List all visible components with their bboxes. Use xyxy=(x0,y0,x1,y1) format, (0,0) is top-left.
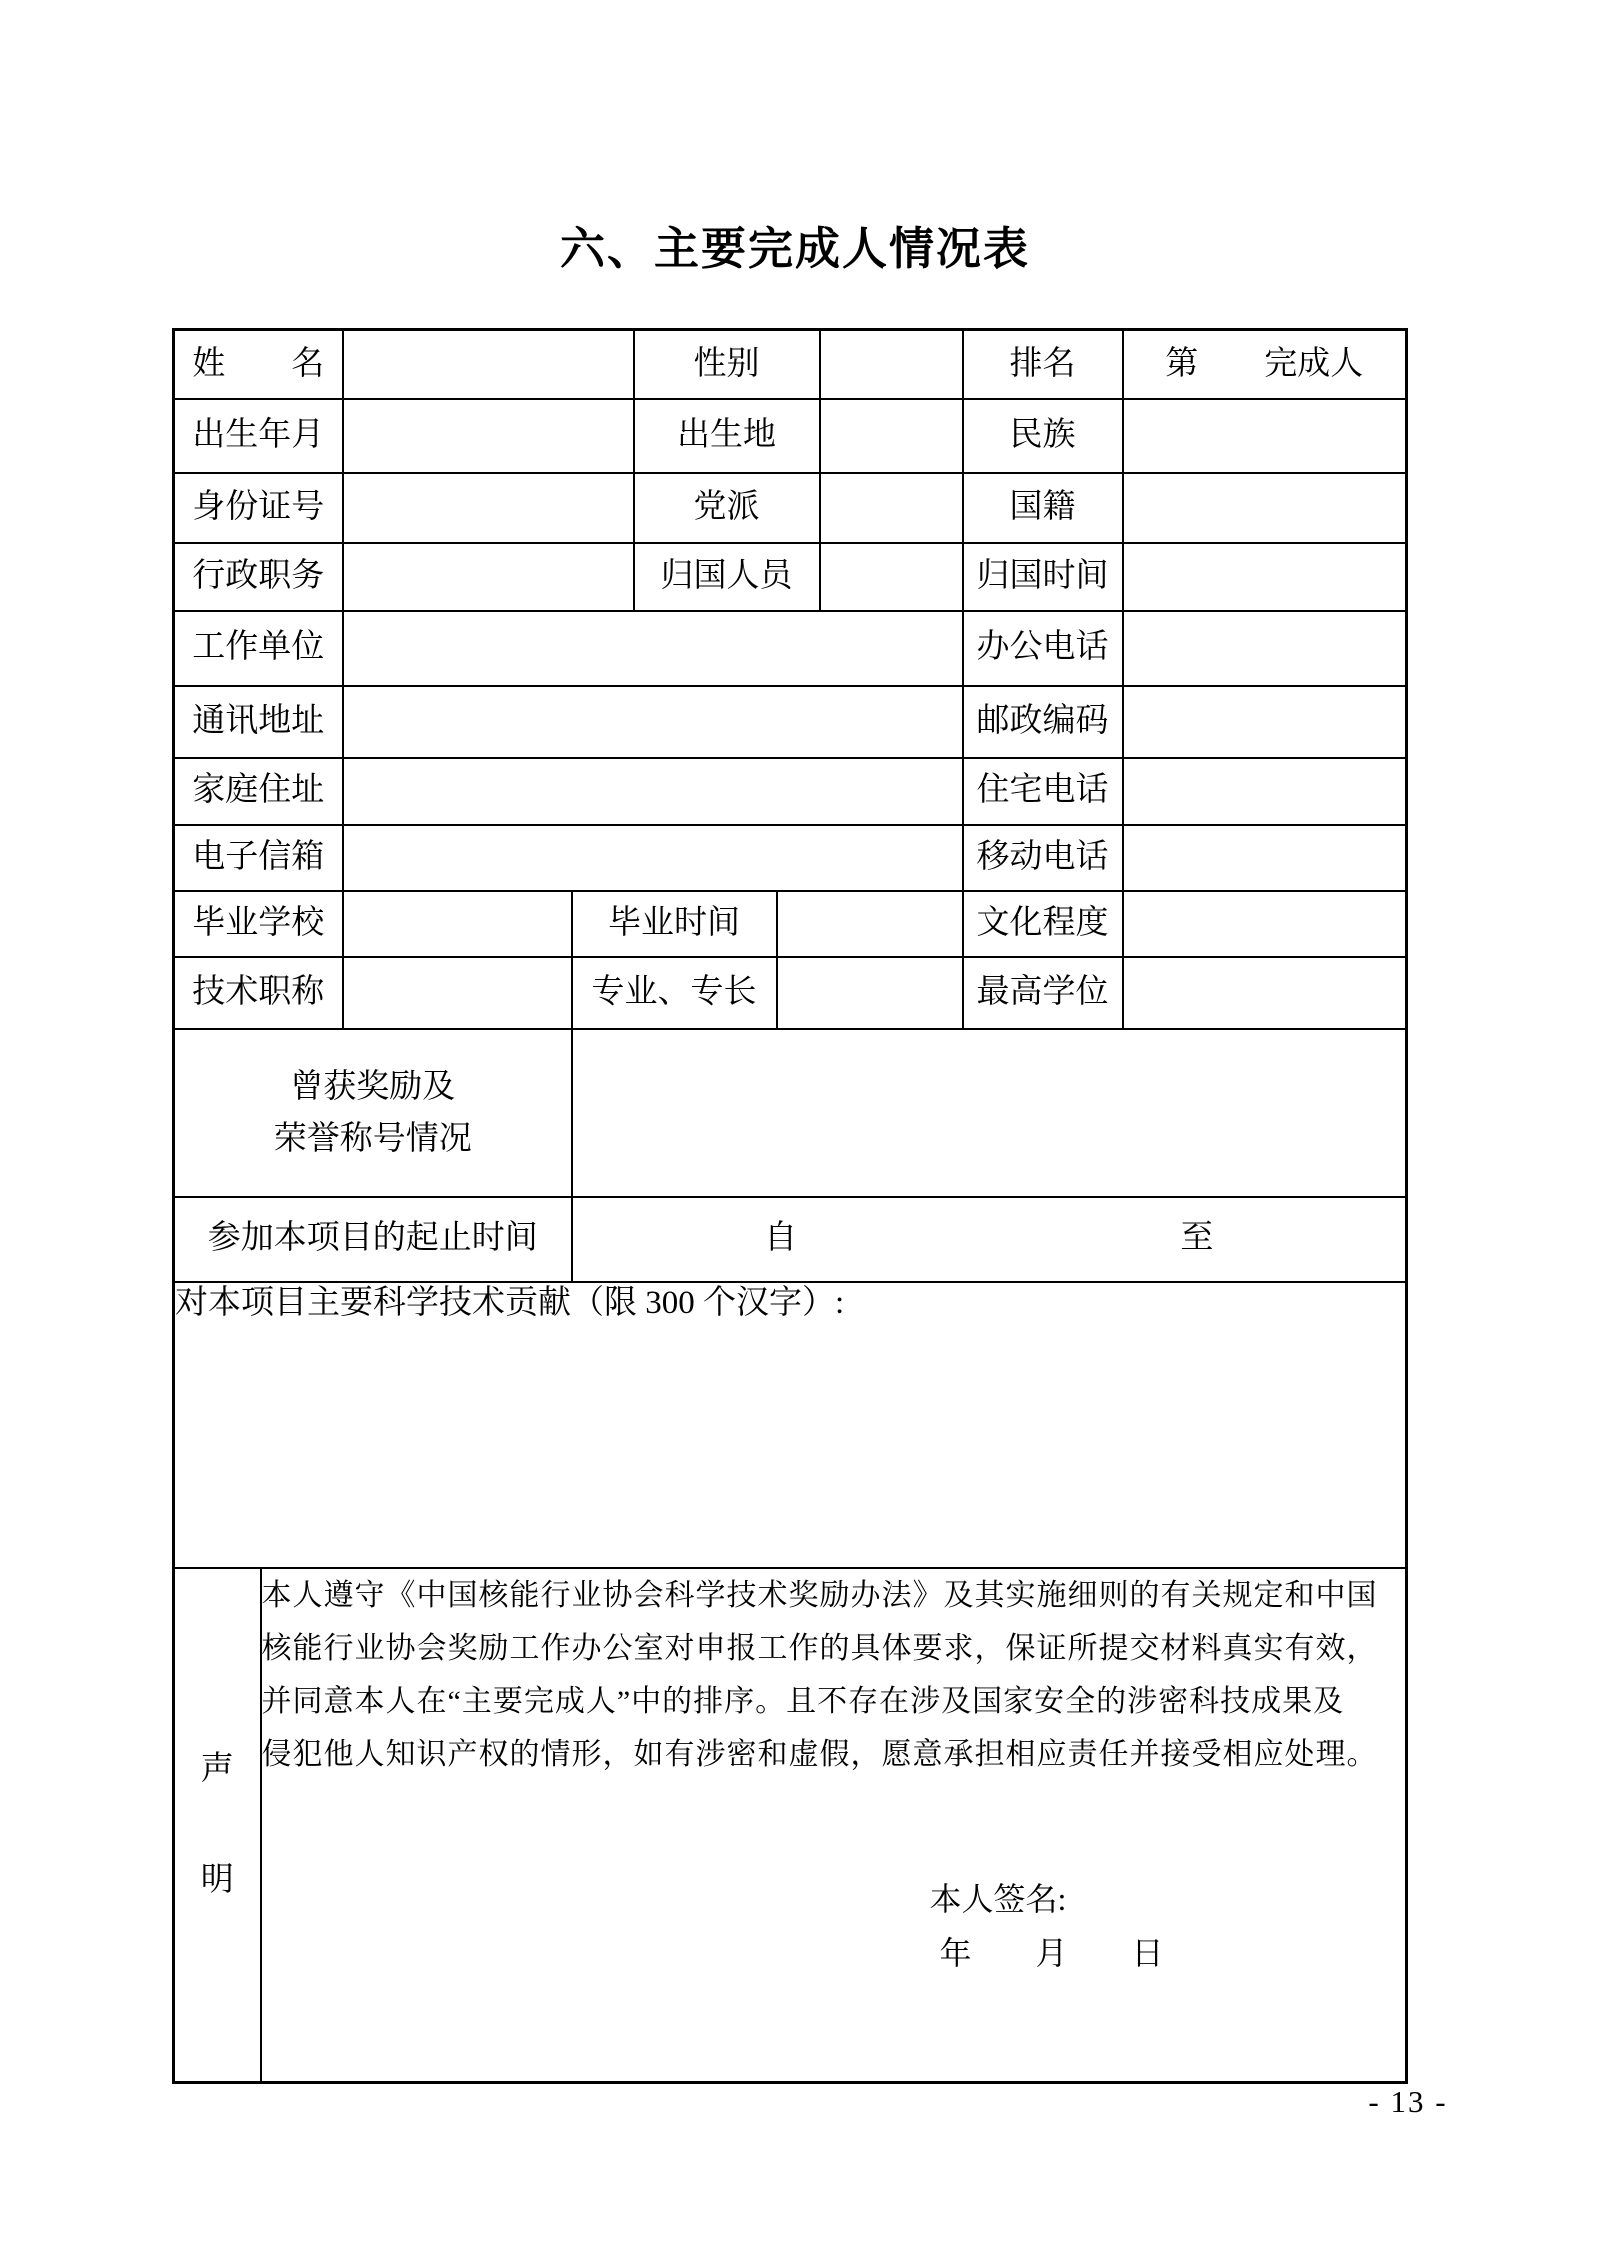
returnee-label: 归国人员 xyxy=(634,543,820,611)
graduation-time-label: 毕业时间 xyxy=(572,891,777,957)
declaration-label-char2: 明 xyxy=(201,1860,234,1901)
office-phone-field[interactable] xyxy=(1123,611,1407,686)
awards-honors-field[interactable] xyxy=(572,1029,1407,1197)
page-title: 六、主要完成人情况表 xyxy=(0,212,1590,277)
declaration-label: 声 明 xyxy=(174,1568,261,2083)
signature-label: 本人签名: xyxy=(930,1879,1406,1919)
rank-label: 排名 xyxy=(963,330,1123,399)
graduate-school-field[interactable] xyxy=(343,891,572,957)
postal-code-field[interactable] xyxy=(1123,686,1407,758)
declaration-text: 本人遵守《中国核能行业协会科学技术奖励办法》及其实施细则的有关规定和中国 核能行… xyxy=(262,1569,1406,1781)
email-label: 电子信箱 xyxy=(174,825,343,891)
id-number-label: 身份证号 xyxy=(174,473,343,543)
declaration-text-line2: 核能行业协会奖励工作办公室对申报工作的具体要求，保证所提交材料真实有效， xyxy=(262,1622,1406,1675)
declaration-label-char1: 声 xyxy=(201,1749,234,1790)
row-id-number: 身份证号 党派 国籍 xyxy=(174,473,1407,543)
project-duration-field[interactable]: 自 至 xyxy=(572,1197,1407,1282)
duration-from-label: 自 xyxy=(573,1218,989,1259)
declaration-text-line4: 侵犯他人知识产权的情形，如有涉密和虚假，愿意承担相应责任并接受相应处理。 xyxy=(262,1728,1406,1781)
birthdate-field[interactable] xyxy=(343,399,634,473)
highest-degree-label: 最高学位 xyxy=(963,957,1123,1029)
declaration-text-line1: 本人遵守《中国核能行业协会科学技术奖励办法》及其实施细则的有关规定和中国 xyxy=(262,1569,1406,1622)
awards-honors-label-line1: 曾获奖励及 xyxy=(175,1061,571,1113)
document-page: 六、主要完成人情况表 姓 名 性别 排名 第 完成人 出生年月 出生地 民族 身… xyxy=(0,0,1600,2260)
returnee-field[interactable] xyxy=(820,543,963,611)
technical-title-field[interactable] xyxy=(343,957,572,1029)
specialty-field[interactable] xyxy=(777,957,963,1029)
awards-honors-label-line2: 荣誉称号情况 xyxy=(175,1113,571,1165)
row-email: 电子信箱 移动电话 xyxy=(174,825,1407,891)
date-line: 年 月 日 xyxy=(940,1933,1406,1973)
graduation-time-field[interactable] xyxy=(777,891,963,957)
work-unit-label: 工作单位 xyxy=(174,611,343,686)
awards-honors-label: 曾获奖励及 荣誉称号情况 xyxy=(174,1029,572,1197)
office-phone-label: 办公电话 xyxy=(963,611,1123,686)
postal-code-label: 邮政编码 xyxy=(963,686,1123,758)
specialty-label: 专业、专长 xyxy=(572,957,777,1029)
row-declaration: 声 明 本人遵守《中国核能行业协会科学技术奖励办法》及其实施细则的有关规定和中国… xyxy=(174,1568,1407,2083)
project-duration-label: 参加本项目的起止时间 xyxy=(174,1197,572,1282)
name-label: 姓 名 xyxy=(174,330,343,399)
row-technical-title: 技术职称 专业、专长 最高学位 xyxy=(174,957,1407,1029)
return-time-field[interactable] xyxy=(1123,543,1407,611)
declaration-cell: 本人遵守《中国核能行业协会科学技术奖励办法》及其实施细则的有关规定和中国 核能行… xyxy=(261,1568,1407,2083)
row-graduate-school: 毕业学校 毕业时间 文化程度 xyxy=(174,891,1407,957)
contribution-field[interactable]: 对本项目主要科学技术贡献（限 300 个汉字）: xyxy=(174,1282,1407,1568)
home-address-label: 家庭住址 xyxy=(174,758,343,825)
nationality-field[interactable] xyxy=(1123,473,1407,543)
mailing-address-label: 通讯地址 xyxy=(174,686,343,758)
return-time-label: 归国时间 xyxy=(963,543,1123,611)
row-name: 姓 名 性别 排名 第 完成人 xyxy=(174,330,1407,399)
row-contribution: 对本项目主要科学技术贡献（限 300 个汉字）: xyxy=(174,1282,1407,1568)
birthdate-label: 出生年月 xyxy=(174,399,343,473)
row-project-duration: 参加本项目的起止时间 自 至 xyxy=(174,1197,1407,1282)
rank-value: 第 完成人 xyxy=(1123,330,1407,399)
mailing-address-field[interactable] xyxy=(343,686,963,758)
name-field[interactable] xyxy=(343,330,634,399)
row-home-address: 家庭住址 住宅电话 xyxy=(174,758,1407,825)
home-phone-field[interactable] xyxy=(1123,758,1407,825)
education-level-label: 文化程度 xyxy=(963,891,1123,957)
admin-position-field[interactable] xyxy=(343,543,634,611)
row-admin-position: 行政职务 归国人员 归国时间 xyxy=(174,543,1407,611)
page-number: - 13 - xyxy=(1326,2084,1490,2120)
contribution-label: 对本项目主要科学技术贡献（限 300 个汉字）: xyxy=(175,1285,844,1321)
gender-field[interactable] xyxy=(820,330,963,399)
mobile-phone-field[interactable] xyxy=(1123,825,1407,891)
row-mailing-address: 通讯地址 邮政编码 xyxy=(174,686,1407,758)
party-field[interactable] xyxy=(820,473,963,543)
ethnicity-label: 民族 xyxy=(963,399,1123,473)
education-level-field[interactable] xyxy=(1123,891,1407,957)
birthplace-label: 出生地 xyxy=(634,399,820,473)
home-address-field[interactable] xyxy=(343,758,963,825)
completer-info-table: 姓 名 性别 排名 第 完成人 出生年月 出生地 民族 身份证号 党派 国籍 行… xyxy=(172,328,1408,2084)
birthplace-field[interactable] xyxy=(820,399,963,473)
home-phone-label: 住宅电话 xyxy=(963,758,1123,825)
email-field[interactable] xyxy=(343,825,963,891)
technical-title-label: 技术职称 xyxy=(174,957,343,1029)
mobile-phone-label: 移动电话 xyxy=(963,825,1123,891)
admin-position-label: 行政职务 xyxy=(174,543,343,611)
row-work-unit: 工作单位 办公电话 xyxy=(174,611,1407,686)
graduate-school-label: 毕业学校 xyxy=(174,891,343,957)
id-number-field[interactable] xyxy=(343,473,634,543)
gender-label: 性别 xyxy=(634,330,820,399)
work-unit-field[interactable] xyxy=(343,611,963,686)
nationality-label: 国籍 xyxy=(963,473,1123,543)
duration-to-label: 至 xyxy=(989,1218,1405,1259)
party-label: 党派 xyxy=(634,473,820,543)
highest-degree-field[interactable] xyxy=(1123,957,1407,1029)
row-awards: 曾获奖励及 荣誉称号情况 xyxy=(174,1029,1407,1197)
ethnicity-field[interactable] xyxy=(1123,399,1407,473)
declaration-text-line3: 并同意本人在“主要完成人”中的排序。且不存在涉及国家安全的涉密科技成果及 xyxy=(262,1675,1406,1728)
row-birthdate: 出生年月 出生地 民族 xyxy=(174,399,1407,473)
